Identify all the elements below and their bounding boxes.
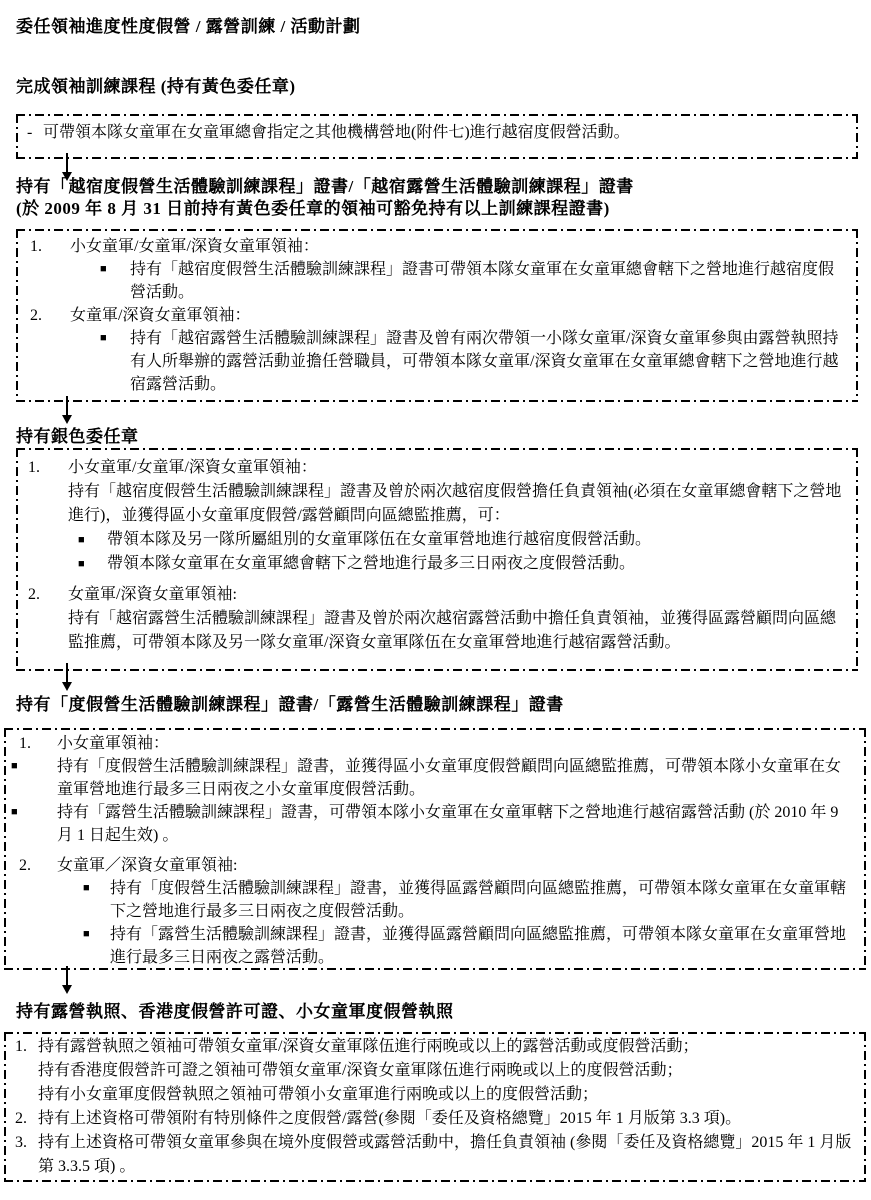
- arrow-head: [62, 415, 72, 424]
- square-bullet-icon: ■: [83, 923, 110, 946]
- item-number: 2.: [19, 854, 57, 877]
- item-text: 女童軍／深資女童軍領袖:: [57, 854, 856, 877]
- numbered-item: 2. 持有上述資格可帶領附有特別條件之度假營/露營(參閱「委任及資格總覽」201…: [4, 1107, 866, 1131]
- item-text: 女童軍/深資女童軍領袖:: [68, 583, 848, 607]
- item-text: 持有「越宿度假營生活體驗訓練課程」證書及曾於兩次越宿度假營擔任負責領袖(必須在女…: [68, 480, 848, 528]
- item-number: 2.: [15, 1107, 38, 1131]
- item-number: 2.: [30, 304, 70, 327]
- heading-line: 持有「越宿度假營生活體驗訓練課程」證書/「越宿露營生活體驗訓練課程」證書: [16, 176, 857, 198]
- bullet-item: ■ 持有「越宿露營生活體驗訓練課程」證書及曾有兩次帶領一小隊女童軍/深資女童軍參…: [16, 327, 858, 396]
- section-heading-yellow-warrant: 完成領袖訓練課程 (持有黃色委任章): [16, 76, 857, 98]
- bullet-item: ■ 持有「越宿度假營生活體驗訓練課程」證書可帶領本隊女童軍在女童軍總會轄下之營地…: [16, 258, 858, 304]
- numbered-item: 1. 小女童軍/女童軍/深資女童軍領袖：: [16, 456, 858, 480]
- item-text: 小女童軍/女童軍/深資女童軍領袖：: [70, 235, 848, 258]
- section-heading-licences: 持有露營執照、香港度假營許可證、小女童軍度假營執照: [16, 1001, 857, 1023]
- square-bullet-icon: ■: [78, 528, 107, 552]
- square-bullet-icon: ■: [11, 755, 57, 778]
- item-text: 持有香港度假營許可證之領袖可帶領女童軍/深資女童軍隊伍進行兩晚或以上的度假營活動…: [38, 1059, 856, 1083]
- arrow-shaft: [66, 396, 68, 415]
- section-heading-silver-warrant: 持有銀色委任章: [16, 426, 857, 448]
- numbered-item: 1. 小女童軍領袖：: [4, 732, 866, 755]
- item-text: 小女童軍領袖：: [57, 732, 856, 755]
- document-page: 委任領袖進度性度假營 / 露營訓練 / 活動計劃 完成領袖訓練課程 (持有黃色委…: [0, 0, 871, 1200]
- bullet-item: ■ 帶領本隊女童軍在女童軍總會轄下之營地進行最多三日兩夜之度假營活動。: [16, 552, 858, 576]
- bullet-item: ■ 持有「露營生活體驗訓練課程」證書，可帶領本隊小女童軍在女童軍轄下之營地進行越…: [4, 801, 866, 847]
- item-text: 持有「越宿露營生活體驗訓練課程」證書及曾有兩次帶領一小隊女童軍/深資女童軍參與由…: [130, 327, 848, 396]
- item-text: 持有上述資格可帶領女童軍參與在境外度假營或露營活動中，擔任負責領袖 (參閱「委任…: [38, 1131, 856, 1179]
- numbered-item: 1. 小女童軍/女童軍/深資女童軍領袖：: [16, 235, 858, 258]
- flow-box-yellow-warrant: - 可帶領本隊女童軍在女童軍總會指定之其他機構營地(附件七)進行越宿度假營活動。: [16, 114, 858, 159]
- section-heading-camp-cert: 持有「度假營生活體驗訓練課程」證書/「露營生活體驗訓練課程」證書: [16, 694, 857, 716]
- arrow-head: [62, 682, 72, 691]
- item-text: 持有「度假營生活體驗訓練課程」證書，並獲得區小女童軍度假營顧問向區總監推薦，可帶…: [57, 755, 856, 801]
- item-text: 持有露營執照之領袖可帶領女童軍/深資女童軍隊伍進行兩晚或以上的露營活動或度假營活…: [38, 1035, 856, 1059]
- square-bullet-icon: ■: [78, 552, 107, 576]
- numbered-item: 2. 女童軍／深資女童軍領袖:: [4, 854, 866, 877]
- item-text: 持有「露營生活體驗訓練課程」證書，並獲得區露營顧問向區總監推薦，可帶領本隊女童軍…: [110, 923, 856, 969]
- heading-line: 持有露營執照、香港度假營許可證、小女童軍度假營執照: [16, 1001, 857, 1023]
- arrow-shaft: [66, 966, 68, 985]
- square-bullet-icon: ■: [11, 801, 57, 824]
- item-text: 持有上述資格可帶領附有特別條件之度假營/露營(參閱「委任及資格總覽」2015 年…: [38, 1107, 856, 1131]
- bullet-item: ■ 帶領本隊及另一隊所屬組別的女童軍隊伍在女童軍營地進行越宿度假營活動。: [16, 528, 858, 552]
- bullet-item: ■ 持有「露營生活體驗訓練課程」證書，並獲得區露營顧問向區總監推薦，可帶領本隊女…: [4, 923, 866, 969]
- square-bullet-icon: ■: [100, 258, 130, 281]
- down-arrow-icon: [62, 966, 72, 994]
- flow-box-licences: 1. 持有露營執照之領袖可帶領女童軍/深資女童軍隊伍進行兩晚或以上的露營活動或度…: [4, 1032, 866, 1182]
- item-number: 3.: [15, 1131, 38, 1155]
- item-text: 可帶領本隊女童軍在女童軍總會指定之其他機構營地(附件七)進行越宿度假營活動。: [43, 121, 848, 144]
- list-item: - 可帶領本隊女童軍在女童軍總會指定之其他機構營地(附件七)進行越宿度假營活動。: [16, 121, 858, 144]
- item-text: 持有「露營生活體驗訓練課程」證書，可帶領本隊小女童軍在女童軍轄下之營地進行越宿露…: [57, 801, 856, 847]
- item-text: 持有小女童軍度假營執照之領袖可帶領小女童軍進行兩晚或以上的度假營活動；: [38, 1083, 856, 1107]
- item-number: 1.: [30, 235, 70, 258]
- item-text: 持有「度假營生活體驗訓練課程」證書，並獲得區露營顧問向區總監推薦，可帶領本隊女童…: [110, 877, 856, 923]
- square-bullet-icon: ■: [100, 327, 130, 350]
- heading-line: (於 2009 年 8 月 31 日前持有黃色委任章的領袖可豁免持有以上訓練課程…: [16, 198, 857, 220]
- item-text: 持有「越宿度假營生活體驗訓練課程」證書可帶領本隊女童軍在女童軍總會轄下之營地進行…: [130, 258, 848, 304]
- numbered-item: 2. 女童軍/深資女童軍領袖：: [16, 304, 858, 327]
- bullet-item: ■ 持有「度假營生活體驗訓練課程」證書，並獲得區露營顧問向區總監推薦，可帶領本隊…: [4, 877, 866, 923]
- item-number: 2.: [28, 583, 68, 607]
- heading-line: 持有銀色委任章: [16, 426, 857, 448]
- heading-line: 完成領袖訓練課程 (持有黃色委任章): [16, 76, 857, 98]
- down-arrow-icon: [62, 663, 72, 691]
- item-number: 1.: [28, 456, 68, 480]
- item-text: 女童軍/深資女童軍領袖：: [70, 304, 848, 327]
- item-text: 帶領本隊及另一隊所屬組別的女童軍隊伍在女童軍營地進行越宿度假營活動。: [107, 528, 848, 552]
- square-bullet-icon: ■: [83, 877, 110, 900]
- item-marker: -: [27, 121, 43, 144]
- item-text: 持有「越宿露營生活體驗訓練課程」證書及曾於兩次越宿露營活動中擔任負責領袖，並獲得…: [68, 607, 848, 655]
- numbered-item: 3. 持有上述資格可帶領女童軍參與在境外度假營或露營活動中，擔任負責領袖 (參閱…: [4, 1131, 866, 1179]
- continuation-text: 持有「越宿露營生活體驗訓練課程」證書及曾於兩次越宿露營活動中擔任負責領袖，並獲得…: [16, 607, 858, 655]
- item-number: 1.: [15, 1035, 38, 1059]
- continuation-text: 持有小女童軍度假營執照之領袖可帶領小女童軍進行兩晚或以上的度假營活動；: [4, 1083, 866, 1107]
- down-arrow-icon: [62, 396, 72, 424]
- document-title: 委任領袖進度性度假營 / 露營訓練 / 活動計劃: [16, 16, 360, 38]
- item-text: 帶領本隊女童軍在女童軍總會轄下之營地進行最多三日兩夜之度假營活動。: [107, 552, 848, 576]
- arrow-shaft: [66, 663, 68, 682]
- item-number: 1.: [19, 732, 57, 755]
- numbered-item: 2. 女童軍/深資女童軍領袖:: [16, 583, 858, 607]
- bullet-item: ■ 持有「度假營生活體驗訓練課程」證書，並獲得區小女童軍度假營顧問向區總監推薦，…: [4, 755, 866, 801]
- continuation-text: 持有「越宿度假營生活體驗訓練課程」證書及曾於兩次越宿度假營擔任負責領袖(必須在女…: [16, 480, 858, 528]
- continuation-text: 持有香港度假營許可證之領袖可帶領女童軍/深資女童軍隊伍進行兩晚或以上的度假營活動…: [4, 1059, 866, 1083]
- arrow-shaft: [66, 153, 68, 172]
- arrow-head: [62, 985, 72, 994]
- flow-box-silver-warrant: 1. 小女童軍/女童軍/深資女童軍領袖： 持有「越宿度假營生活體驗訓練課程」證書…: [16, 448, 858, 671]
- flow-box-camp-cert: 1. 小女童軍領袖： ■ 持有「度假營生活體驗訓練課程」證書，並獲得區小女童軍度…: [4, 728, 866, 970]
- item-text: 小女童軍/女童軍/深資女童軍領袖：: [68, 456, 848, 480]
- heading-line: 持有「度假營生活體驗訓練課程」證書/「露營生活體驗訓練課程」證書: [16, 694, 857, 716]
- flow-box-overnight-cert: 1. 小女童軍/女童軍/深資女童軍領袖： ■ 持有「越宿度假營生活體驗訓練課程」…: [16, 229, 858, 402]
- section-heading-overnight-cert: 持有「越宿度假營生活體驗訓練課程」證書/「越宿露營生活體驗訓練課程」證書 (於 …: [16, 176, 857, 220]
- numbered-item: 1. 持有露營執照之領袖可帶領女童軍/深資女童軍隊伍進行兩晚或以上的露營活動或度…: [4, 1035, 866, 1059]
